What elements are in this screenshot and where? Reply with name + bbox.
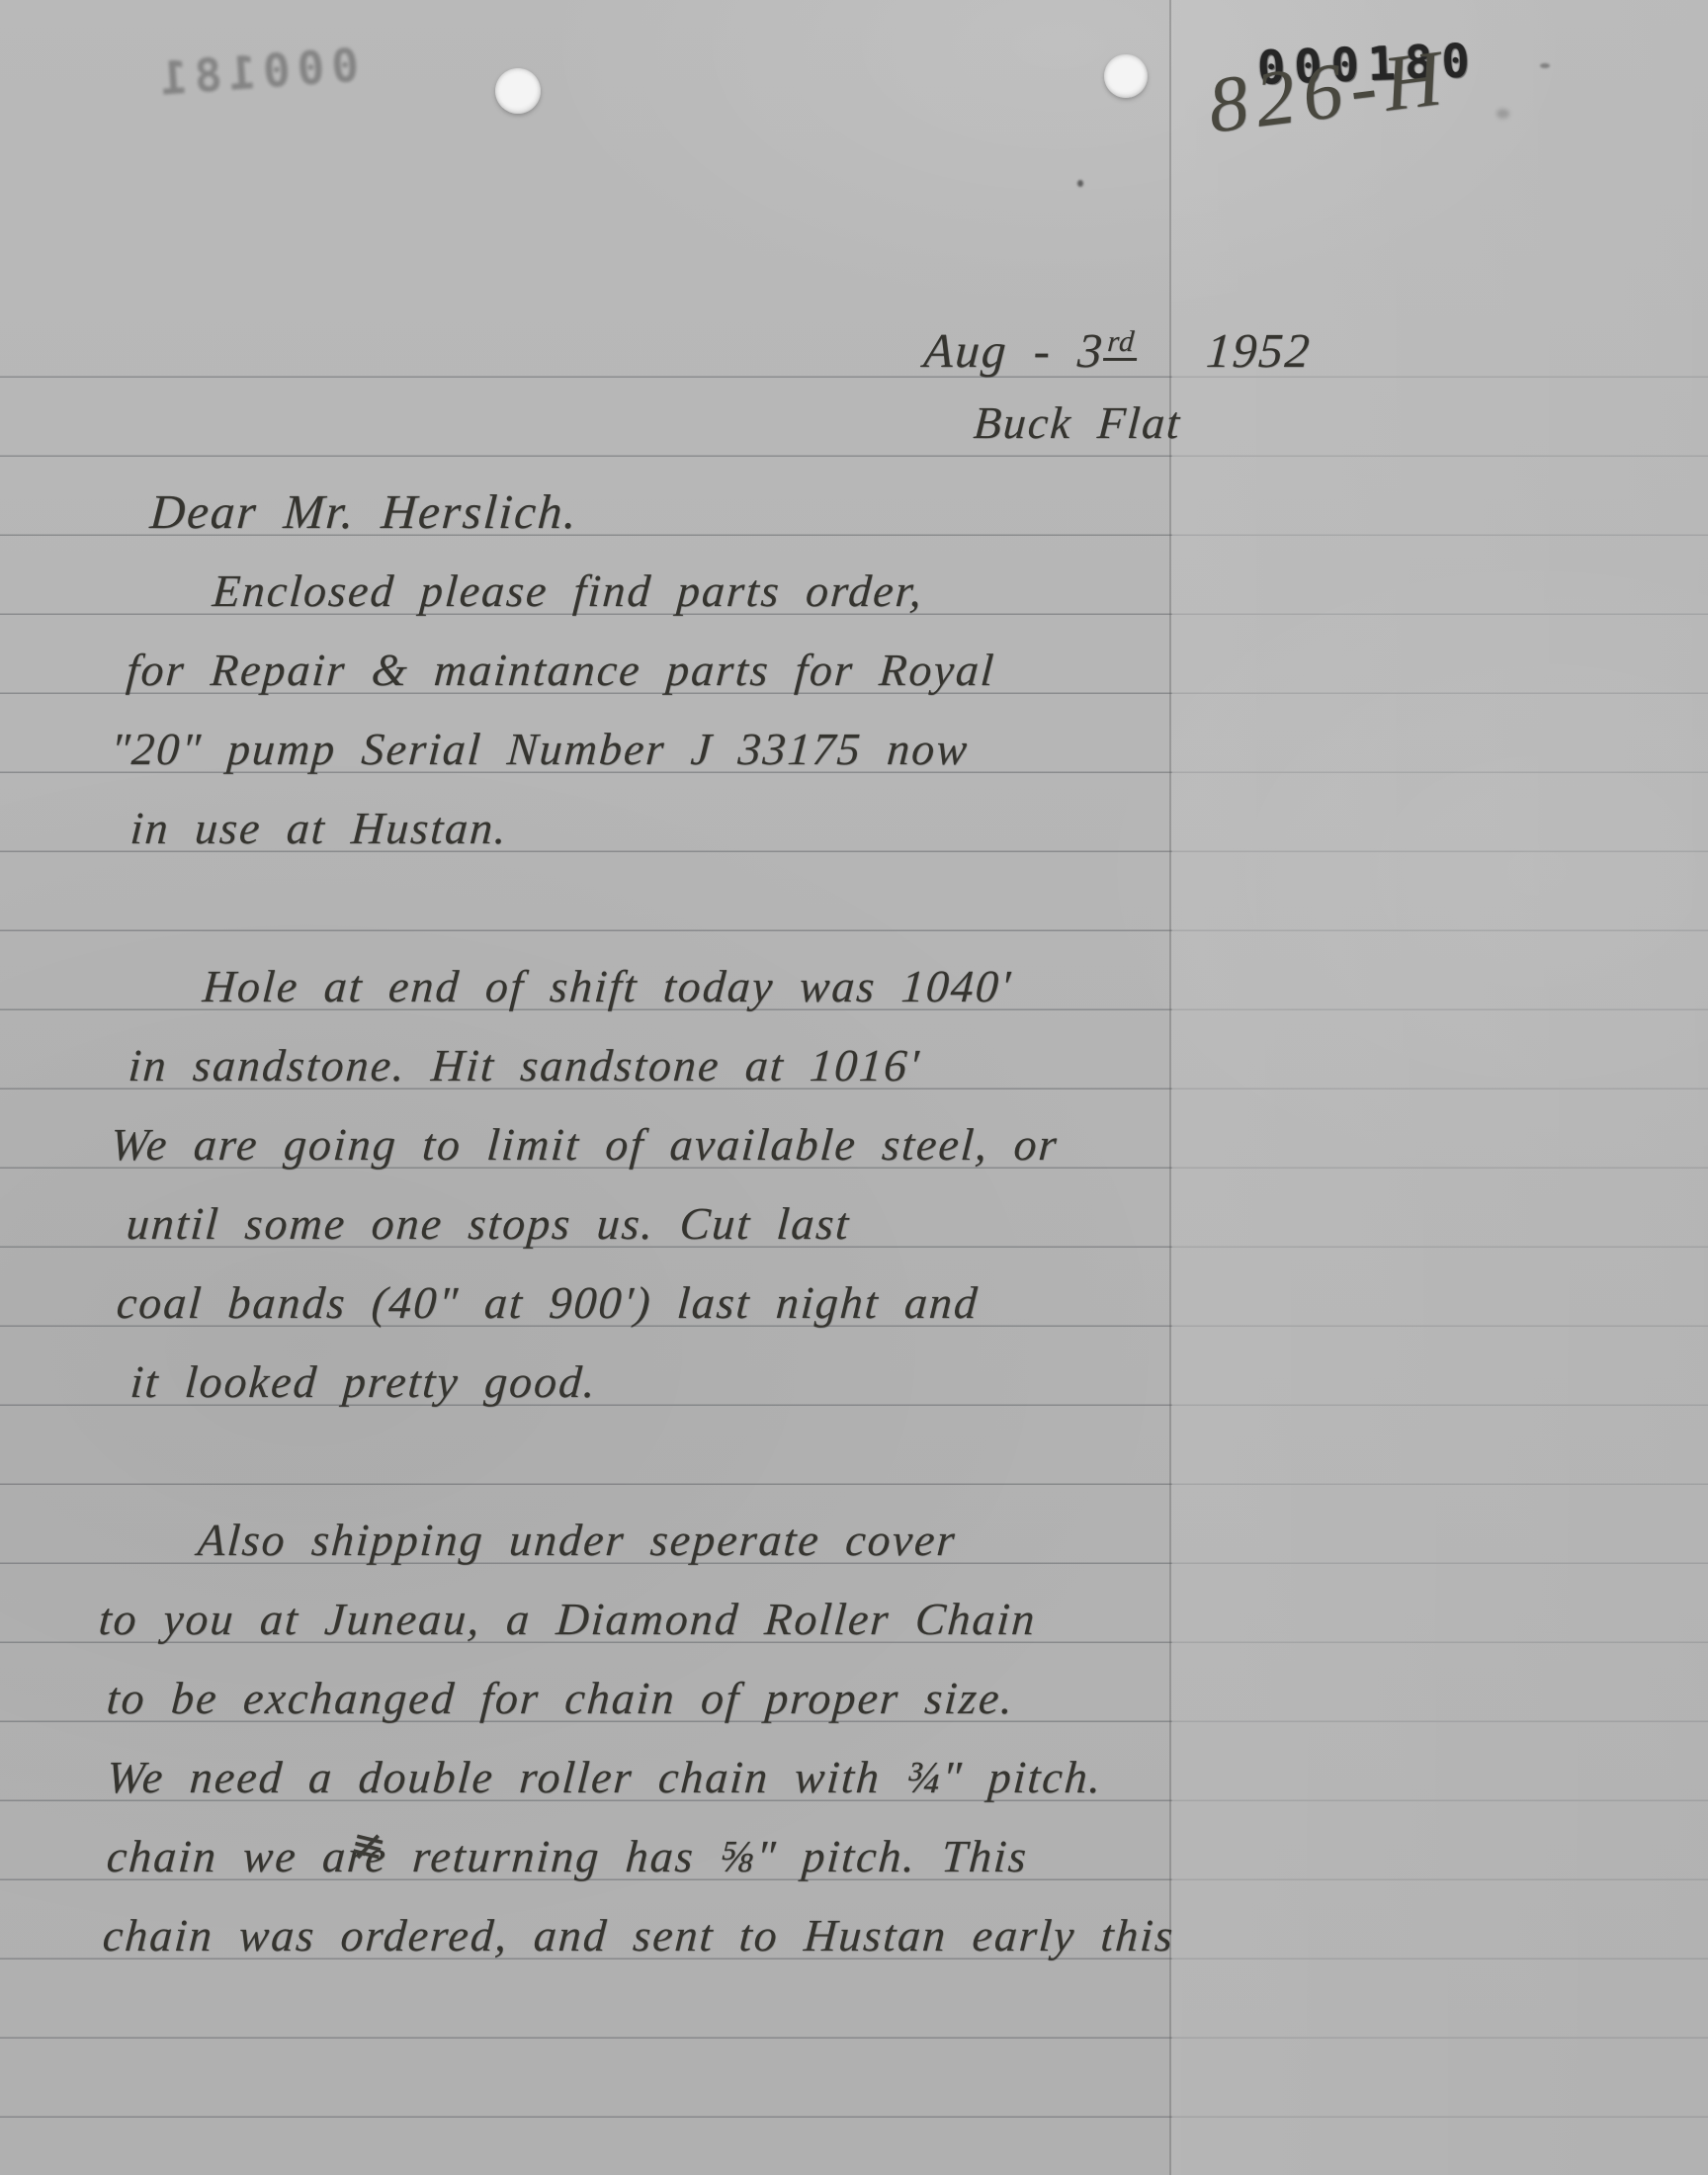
handwritten-line: it looked pretty good. bbox=[128, 1352, 599, 1412]
line-text: roller chain with ¾" pitch. bbox=[492, 1752, 1104, 1802]
date-ordinal: rd bbox=[1103, 325, 1139, 361]
ink-speck bbox=[1540, 63, 1550, 68]
handwritten-line: until some one stops us. Cut last bbox=[125, 1194, 852, 1254]
handwritten-line: in sandstone. Hit sandstone at 1016' bbox=[127, 1036, 922, 1095]
handwritten-line: chain we are returning has ⅝" pitch. Thi… bbox=[105, 1827, 1030, 1886]
line-text: We need a bbox=[105, 1752, 360, 1802]
handwritten-file-code: 826-H bbox=[1203, 33, 1454, 151]
punch-hole bbox=[495, 68, 541, 114]
handwritten-line: coal bands (40" at 900') last night and bbox=[115, 1273, 981, 1333]
date-year: 1952 bbox=[1205, 323, 1314, 378]
handwritten-line: "20" pump Serial Number J 33175 now bbox=[109, 720, 971, 779]
corrected-word: double bbox=[357, 1752, 496, 1802]
handwritten-line: Hole at end of shift today was 1040' bbox=[201, 957, 1014, 1016]
date-text: Aug - 3 bbox=[922, 323, 1106, 378]
ruled-lines-faint bbox=[1172, 299, 1708, 2175]
ink-speck bbox=[1077, 180, 1083, 187]
bleedthrough-number-stamp: 000181 bbox=[151, 39, 360, 106]
handwritten-line: Enclosed please find parts order, bbox=[211, 562, 925, 621]
salutation: Dear Mr. Herslich. bbox=[148, 482, 580, 542]
punch-hole bbox=[1104, 54, 1148, 98]
date-line: Aug - 3rd1952 bbox=[922, 312, 1315, 381]
scanned-letter-page: 000181 000180 826-H Aug - 3rd1952 Buck F… bbox=[0, 0, 1708, 2175]
handwritten-line: chain was ordered, and sent to Hustan ea… bbox=[101, 1906, 1176, 1965]
handwritten-line: We are going to limit of available steel… bbox=[109, 1115, 1061, 1174]
handwritten-line: in use at Hustan. bbox=[128, 799, 510, 858]
handwritten-line: to be exchanged for chain of proper size… bbox=[105, 1669, 1016, 1728]
handwritten-line: to you at Juneau, a Diamond Roller Chain bbox=[97, 1590, 1039, 1649]
handwritten-line: Also shipping under seperate cover bbox=[196, 1511, 959, 1570]
place-line: Buck Flat bbox=[972, 393, 1183, 453]
handwritten-line: We need a double roller chain with ¾" pi… bbox=[105, 1748, 1105, 1807]
ink-speck bbox=[1496, 109, 1509, 119]
handwritten-line: for Repair & maintance parts for Royal bbox=[125, 641, 997, 700]
